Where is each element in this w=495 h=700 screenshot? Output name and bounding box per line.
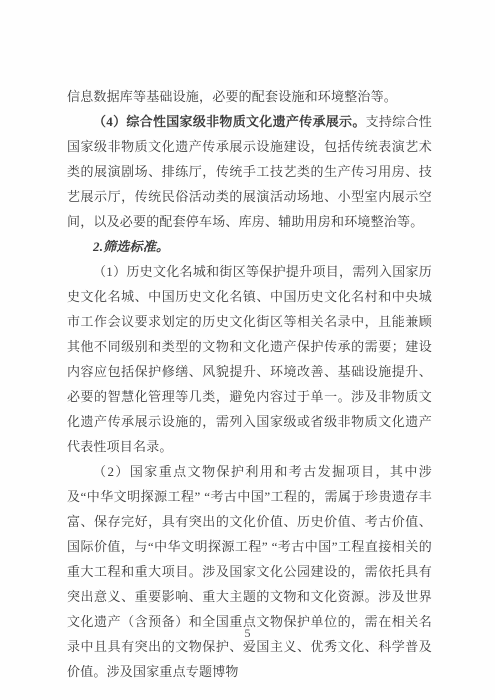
paragraph: 信息数据库等基础设施，必要的配套设施和环境整治等。: [67, 84, 432, 109]
item-title: （4）综合性国家级非物质文化遗产传承展示。: [93, 114, 366, 129]
paragraph-text: 支持综合性国家级非物质文化遗产传承展示设施建设，包括传统表演艺术类的展演剧场、排…: [67, 114, 432, 229]
page-number: 5: [0, 625, 495, 641]
paragraph-text: 信息数据库等基础设施，必要的配套设施和环境整治等。: [67, 89, 397, 104]
paragraph: （4）综合性国家级非物质文化遗产传承展示。支持综合性国家级非物质文化遗产传承展示…: [67, 109, 432, 234]
section-heading: 2.筛选标准。: [67, 234, 432, 259]
paragraph-text: （2）国家重点文物保护利用和考古发掘项目，其中涉及“中华文明探源工程” “考古中…: [67, 464, 432, 679]
document-page: 信息数据库等基础设施，必要的配套设施和环境整治等。 （4）综合性国家级非物质文化…: [0, 0, 495, 700]
paragraph-text: （1）历史文化名城和街区等保护提升项目，需列入国家历史文化名城、中国历史文化名镇…: [67, 264, 432, 454]
document-body: 信息数据库等基础设施，必要的配套设施和环境整治等。 （4）综合性国家级非物质文化…: [67, 84, 432, 684]
section-heading-text: 2.筛选标准。: [93, 239, 169, 254]
paragraph: （2）国家重点文物保护利用和考古发掘项目，其中涉及“中华文明探源工程” “考古中…: [67, 459, 432, 684]
paragraph: （1）历史文化名城和街区等保护提升项目，需列入国家历史文化名城、中国历史文化名镇…: [67, 259, 432, 459]
